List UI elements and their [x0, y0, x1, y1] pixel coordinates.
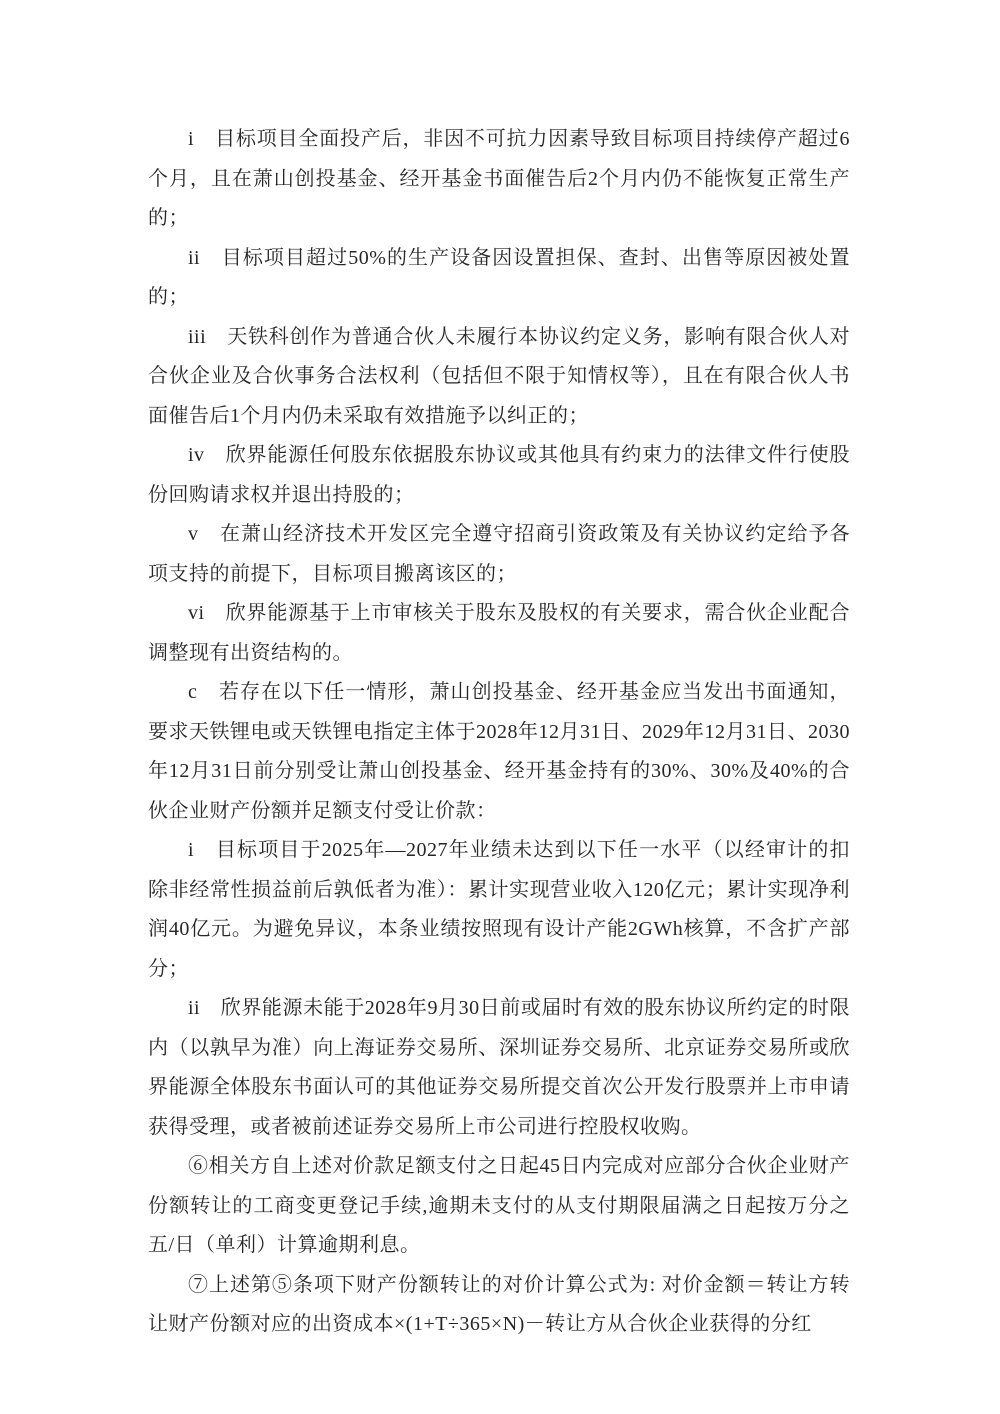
clause-item-ii-equipment: ii 目标项目超过50%的生产设备因设置担保、查封、出售等原因被处置的； [148, 239, 850, 318]
clause-item-iii-gp-breach: iii 天铁科创作为普通合伙人未履行本协议约定义务，影响有限合伙人对合伙企业及合… [148, 318, 850, 437]
clause-item-i-performance: i 目标项目于2025年—2027年业绩未达到以下任一水平（以经审计的扣除非经常… [148, 831, 850, 989]
document-page: i 目标项目全面投产后，非因不可抗力因素导致目标项目持续停产超过6个月，且在萧山… [0, 0, 1000, 1414]
clause-item-vi-restructure: vi 欣界能源基于上市审核关于股东及股权的有关要求，需合伙企业配合调整现有出资结… [148, 594, 850, 673]
clause-item-c-transfer-notice: c 若存在以下任一情形，萧山创投基金、经开基金应当发出书面通知，要求天铁锂电或天… [148, 673, 850, 831]
document-body: i 目标项目全面投产后，非因不可抗力因素导致目标项目持续停产超过6个月，且在萧山… [148, 120, 850, 1345]
clause-item-iv-share-buyback: iv 欣界能源任何股东依据股东协议或其他具有约束力的法律文件行使股份回购请求权并… [148, 436, 850, 515]
clause-item-i-shutdown: i 目标项目全面投产后，非因不可抗力因素导致目标项目持续停产超过6个月，且在萧山… [148, 120, 850, 239]
clause-item-6-registration: ⑥相关方自上述对价款足额支付之日起45日内完成对应部分合伙企业财产份额转让的工商… [148, 1147, 850, 1266]
clause-item-7-price-formula: ⑦上述第⑤条项下财产份额转让的对价计算公式为: 对价金额＝转让方转让财产份额对应… [148, 1266, 850, 1345]
clause-item-ii-ipo: ii 欣界能源未能于2028年9月30日前或届时有效的股东协议所约定的时限内（以… [148, 989, 850, 1147]
clause-item-v-relocation: v 在萧山经济技术开发区完全遵守招商引资政策及有关协议约定给予各项支持的前提下，… [148, 515, 850, 594]
